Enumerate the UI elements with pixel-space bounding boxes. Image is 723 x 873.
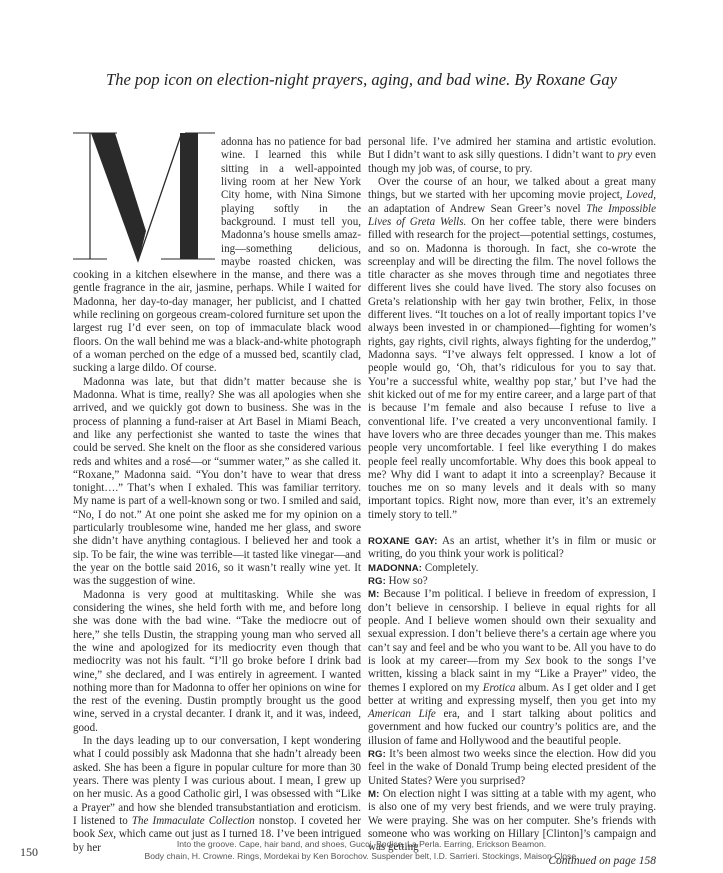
emphasis: pry	[617, 149, 632, 161]
right-column: personal life. I’ve admired her stamina …	[368, 136, 656, 868]
speaker-label: M:	[368, 789, 379, 800]
drop-cap	[73, 135, 215, 263]
text: Over the course of an hour, we talked ab…	[368, 176, 656, 201]
page-number: 150	[20, 845, 38, 860]
text: an adapta­tion of Andrew Sean Greer’s no…	[368, 203, 586, 215]
qa-item: RG: How so?	[368, 575, 656, 588]
text: In the days leading up to our conversati…	[73, 735, 361, 827]
drop-cap-m-icon	[73, 131, 215, 263]
paragraph: Over the course of an hour, we talked ab…	[368, 176, 656, 522]
paragraph: Madonna was late, but that didn’t matter…	[73, 376, 361, 589]
qa-text: Completely.	[422, 562, 478, 574]
qa-item: ROXANE GAY: As an artist, whether it’s i…	[368, 535, 656, 562]
album-title: American Life	[368, 708, 436, 720]
text: On her coffee table, there were binders …	[368, 216, 656, 521]
speaker-label: MADONNA:	[368, 563, 422, 574]
book-title: Sex	[525, 655, 540, 667]
qa-text: How so?	[386, 575, 428, 587]
caption-line: Into the groove. Cape, hair band, and sh…	[0, 838, 723, 850]
speaker-label: RG:	[368, 576, 386, 587]
qa-item: M: Because I’m political. I believe in f…	[368, 588, 656, 748]
article-dek: The pop icon on election-night prayers, …	[0, 70, 723, 90]
paragraph: In the days leading up to our conversati…	[73, 735, 361, 855]
speaker-label: ROXANE GAY:	[368, 536, 438, 547]
text: personal life. I’ve admired her stamina …	[368, 136, 656, 161]
qa-text: It’s been almost two weeks since the ele…	[368, 748, 656, 787]
qa-item: RG: It’s been almost two weeks since the…	[368, 748, 656, 788]
album-title: The Immaculate Collection	[132, 815, 255, 827]
speaker-label: RG:	[368, 749, 386, 760]
qa-item: MADONNA: Completely.	[368, 562, 656, 575]
paragraph: Madonna is very good at multitasking. Wh…	[73, 589, 361, 735]
caption-line: Body chain, H. Crowne. Rings, Mordekai b…	[0, 850, 723, 862]
album-title: Erotica	[483, 682, 516, 694]
opening-paragraph: adonna has no patience for bad wine. I l…	[73, 136, 361, 376]
movie-title: Loved,	[626, 189, 656, 201]
left-column: adonna has no patience for bad wine. I l…	[73, 136, 361, 855]
speaker-label: M:	[368, 589, 379, 600]
photo-caption: Into the groove. Cape, hair band, and sh…	[0, 838, 723, 862]
paragraph: personal life. I’ve admired her stamina …	[368, 136, 656, 176]
